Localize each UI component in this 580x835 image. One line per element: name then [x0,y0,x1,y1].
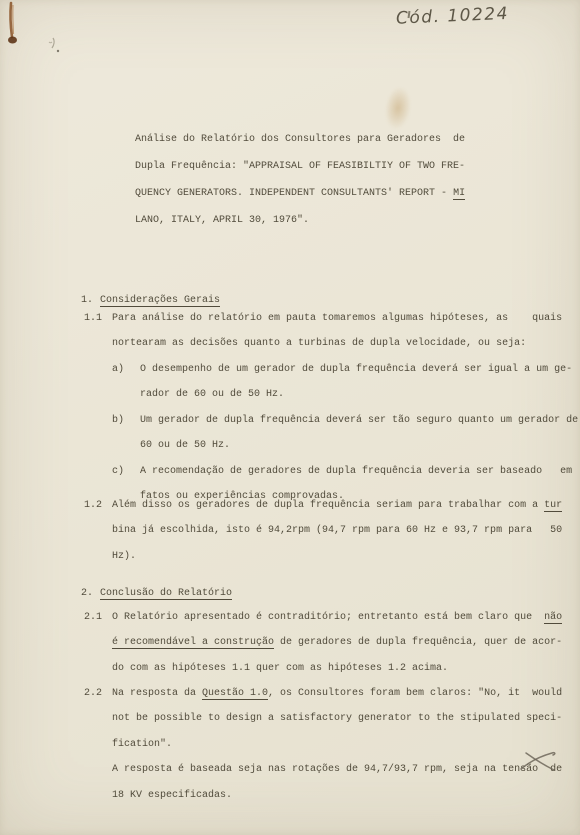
underlined-text-segment: tur [544,500,562,512]
text-line: Um gerador de dupla frequência deverá se… [140,408,580,433]
text-segment: Para análise do relatório em pauta tomar… [112,313,562,324]
text-line: é recomendável a construção de geradores… [112,630,580,655]
underlined-text-segment: Questão 1.0 [202,688,268,700]
section-1-number: 1. [81,295,93,306]
text-line: Análise do Relatório dos Consultores par… [135,126,465,153]
text-line: LANO, ITALY, APRIL 30, 1976". [135,207,465,234]
text-segment: Na resposta da [112,688,202,699]
text-line: bina já escolhida, isto é 94,2rpm (94,7 … [112,518,580,543]
text-line: QUENCY GENERATORS. INDEPENDENT CONSULTAN… [135,180,465,207]
text-segment: O Relatório apresentado é contraditório;… [112,612,544,623]
text-line: A resposta é baseada seja nas rotações d… [112,757,580,782]
text-segment: A recomendação de geradores de dupla fre… [140,466,572,477]
section-2-title: Conclusão do Relatório [100,588,232,600]
text-segment: Além disso os geradores de dupla frequên… [112,500,544,511]
text-line: 60 ou de 50 Hz. [140,433,580,458]
text-segment: Dupla Frequência: "APPRAISAL OF FEASIBIL… [135,161,465,172]
subitem-a-text: O desempenho de um gerador de dupla freq… [140,357,580,408]
text-segment: Um gerador de dupla frequência deverá se… [140,415,578,426]
document-title: Análise do Relatório dos Consultores par… [135,126,465,234]
text-line: do com as hipóteses 1.1 quer com as hipó… [112,656,580,681]
text-line: O desempenho de um gerador de dupla freq… [140,357,580,382]
item-2-2: 2.2 Na resposta da Questão 1.0, os Consu… [0,681,580,808]
handwritten-code: Cód. 10224 [396,1,567,28]
item-2-1-number: 2.1 [84,605,102,630]
text-line: Dupla Frequência: "APPRAISAL OF FEASIBIL… [135,153,465,180]
handwritten-x-icon [518,749,560,775]
text-segment: Hz). [112,551,136,562]
text-segment: , os Consultores foram bem claros: "No, … [268,688,562,699]
subitem-c-marker: c) [112,459,124,484]
text-segment: do com as hipóteses 1.1 quer com as hipó… [112,663,448,674]
text-line: O Relatório apresentado é contraditório;… [112,605,580,630]
text-segment: QUENCY GENERATORS. INDEPENDENT CONSULTAN… [135,188,453,199]
subitem-a-marker: a) [112,357,124,382]
text-segment: not be possible to design a satisfactory… [112,713,562,724]
item-1-2-text: Além disso os geradores de dupla frequên… [112,493,580,569]
text-line: fication". [112,732,580,757]
underlined-text-segment: MI [453,188,465,200]
text-segment: fication". [112,739,172,750]
text-segment: A resposta é baseada seja nas rotações d… [112,764,562,775]
text-line: rador de 60 ou de 50 Hz. [140,382,580,407]
subitem-b-text: Um gerador de dupla frequência deverá se… [140,408,580,459]
subitem-b-marker: b) [112,408,124,433]
text-segment: nortearam as decisões quanto a turbinas … [112,338,526,349]
text-line: 18 KV especificadas. [112,783,580,808]
text-segment: de geradores de dupla frequência, quer d… [274,637,562,648]
text-line: A recomendação de geradores de dupla fre… [140,459,580,484]
section-2-number: 2. [81,588,93,599]
text-line: not be possible to design a satisfactory… [112,706,580,731]
text-line: Além disso os geradores de dupla frequên… [112,493,580,518]
text-line: Para análise do relatório em pauta tomar… [112,306,580,331]
subitem-a: a) O desempenho de um gerador de dupla f… [0,357,580,408]
scanned-document-page: Cód. 10224 Análise do Relatório dos Cons… [0,0,580,835]
item-2-1-text: O Relatório apresentado é contraditório;… [112,605,580,681]
item-2-1: 2.1 O Relatório apresentado é contraditó… [0,605,580,681]
text-segment: Análise do Relatório dos Consultores par… [135,134,465,145]
item-1-2-number: 1.2 [84,493,102,518]
pen-stroke-icon [0,0,90,70]
underlined-text-segment: não [544,612,562,624]
item-2-2-number: 2.2 [84,681,102,706]
text-segment: bina já escolhida, isto é 94,2rpm (94,7 … [112,525,562,536]
text-segment: LANO, ITALY, APRIL 30, 1976". [135,215,309,226]
subitem-b: b) Um gerador de dupla frequência deverá… [0,408,580,459]
underlined-text-segment: é recomendável a construção [112,637,274,649]
text-line: Na resposta da Questão 1.0, os Consultor… [112,681,580,706]
item-1-1-text: Para análise do relatório em pauta tomar… [112,306,580,357]
text-line: Hz). [112,544,580,569]
item-1-1: 1.1 Para análise do relatório em pauta t… [0,306,580,357]
text-line: nortearam as decisões quanto a turbinas … [112,331,580,356]
text-segment: 18 KV especificadas. [112,790,232,801]
item-1-1-number: 1.1 [84,306,102,331]
item-2-2-text: Na resposta da Questão 1.0, os Consultor… [112,681,580,808]
paper-stain [382,84,414,131]
text-segment: 60 ou de 50 Hz. [140,440,230,451]
text-segment: O desempenho de um gerador de dupla freq… [140,364,572,375]
item-1-2: 1.2 Além disso os geradores de dupla fre… [0,493,580,569]
text-segment: rador de 60 ou de 50 Hz. [140,389,284,400]
